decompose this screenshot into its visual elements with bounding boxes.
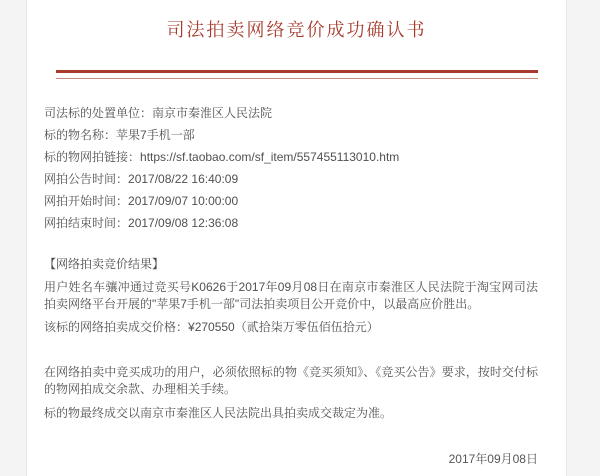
- result-statement: 用户姓名车骧冲通过竞买号K0626于2017年09月08日在南京市秦淮区人民法院…: [44, 279, 538, 313]
- field-value: 2017/09/07 10:00:00: [128, 194, 238, 208]
- info-row-start-time: 网拍开始时间：2017/09/07 10:00:00: [44, 190, 538, 212]
- info-row-item-link: 标的物网拍链接：https://sf.taobao.com/sf_item/55…: [44, 146, 538, 168]
- result-heading: 【网络拍卖竞价结果】: [44, 256, 538, 272]
- field-label: 网拍结束时间：: [44, 216, 128, 230]
- info-row-announce-time: 网拍公告时间：2017/08/22 16:40:09: [44, 168, 538, 190]
- confirmation-document: 司法拍卖网络竞价成功确认书 司法标的处置单位：南京市秦淮区人民法院 标的物名称：…: [26, 0, 567, 476]
- note-final-ruling: 标的物最终成交以南京市秦淮区人民法院出具拍卖成交裁定为准。: [44, 405, 538, 422]
- page-title: 司法拍卖网络竞价成功确认书: [27, 19, 566, 41]
- field-value: 2017/08/22 16:40:09: [128, 172, 238, 186]
- field-value: 苹果7手机一部: [116, 128, 195, 142]
- deal-price: 该标的网络拍卖成交价格：¥270550（贰拾柒万零伍佰伍拾元）: [44, 319, 538, 336]
- bid-result-section: 【网络拍卖竞价结果】 用户姓名车骧冲通过竞买号K0626于2017年09月08日…: [44, 256, 538, 336]
- title-divider-thick: [56, 70, 538, 73]
- field-value: 南京市秦淮区人民法院: [152, 106, 272, 120]
- auction-info-section: 司法标的处置单位：南京市秦淮区人民法院 标的物名称：苹果7手机一部 标的物网拍链…: [44, 102, 538, 234]
- info-row-end-time: 网拍结束时间：2017/09/08 12:36:08: [44, 212, 538, 234]
- document-body: 司法标的处置单位：南京市秦淮区人民法院 标的物名称：苹果7手机一部 标的物网拍链…: [27, 102, 566, 467]
- info-row-disposal-unit: 司法标的处置单位：南京市秦淮区人民法院: [44, 102, 538, 124]
- note-payment: 在网络拍卖中竞买成功的用户，必须依照标的物《竞买须知》、《竞买公告》要求，按时交…: [44, 364, 538, 398]
- issue-date: 2017年09月08日: [44, 451, 538, 467]
- deal-price-value: ¥270550（贰拾柒万零伍佰伍拾元）: [188, 320, 379, 334]
- title-divider-thin: [56, 78, 538, 79]
- field-label: 标的物网拍链接：: [44, 150, 140, 164]
- auction-link-url: https://sf.taobao.com/sf_item/5574551130…: [140, 150, 399, 164]
- field-label: 标的物名称：: [44, 128, 116, 142]
- field-label: 司法标的处置单位：: [44, 106, 152, 120]
- field-label: 网拍公告时间：: [44, 172, 128, 186]
- info-row-item-name: 标的物名称：苹果7手机一部: [44, 124, 538, 146]
- deal-price-label: 该标的网络拍卖成交价格：: [44, 320, 188, 334]
- field-label: 网拍开始时间：: [44, 194, 128, 208]
- field-value: 2017/09/08 12:36:08: [128, 216, 238, 230]
